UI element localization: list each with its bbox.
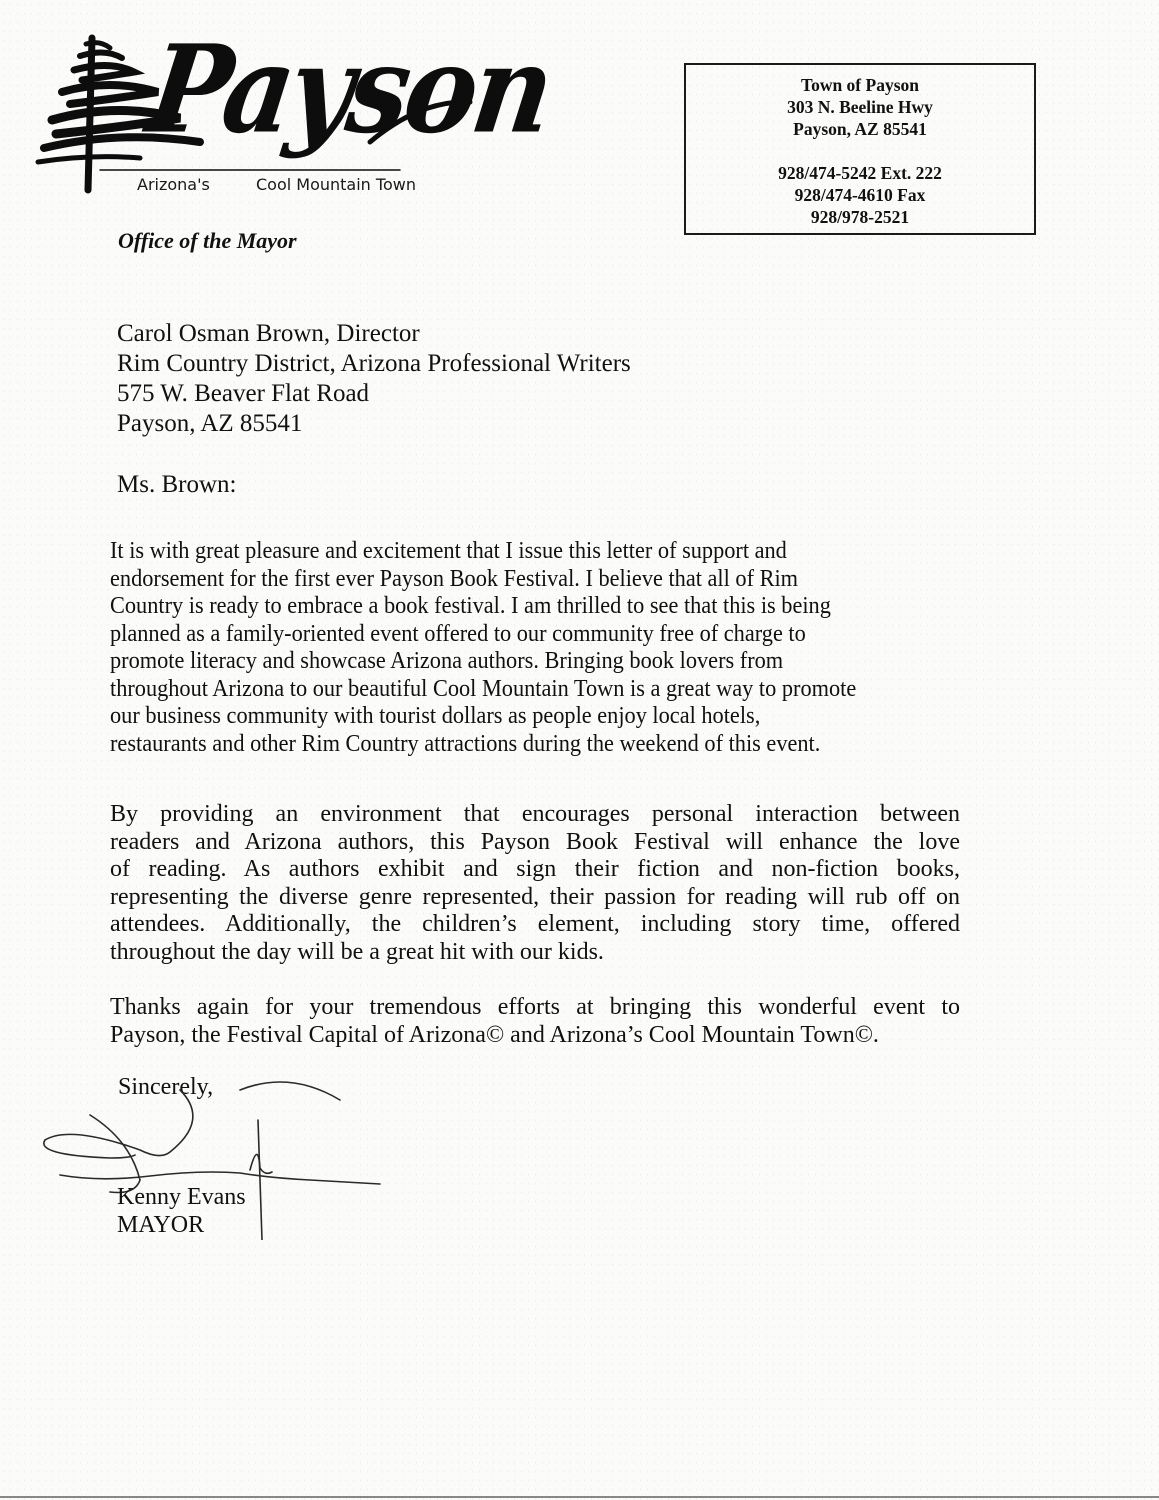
- paragraph-line: restaurants and other Rim Country attrac…: [110, 731, 901, 759]
- page-bottom-edge: [0, 1496, 1159, 1498]
- recipient-name: Carol Osman Brown, Director: [117, 319, 631, 349]
- signer-title: MAYOR: [117, 1211, 246, 1239]
- address-box: Town of Payson 303 N. Beeline Hwy Payson…: [684, 63, 1036, 235]
- signer-block: Kenny Evans MAYOR: [117, 1183, 246, 1239]
- recipient-street: 575 W. Beaver Flat Road: [117, 379, 631, 409]
- paragraph-line: throughout the day will be a great hit w…: [110, 939, 960, 967]
- recipient-city: Payson, AZ 85541: [117, 409, 631, 439]
- paragraph-line: Country is ready to embrace a book festi…: [110, 593, 901, 621]
- phone-line: 928/474-5242 Ext. 222: [686, 162, 1034, 184]
- paragraph-line: readers and Arizona authors, this Payson…: [110, 829, 960, 857]
- body-paragraph-2: By providing an environment that encoura…: [110, 801, 960, 966]
- paragraph-line: Payson, the Festival Capital of Arizona©…: [110, 1022, 960, 1050]
- recipient-organization: Rim Country District, Arizona Profession…: [117, 349, 631, 379]
- salutation: Ms. Brown:: [117, 471, 236, 499]
- fax-line: 928/474-4610 Fax: [686, 184, 1034, 206]
- recipient-block: Carol Osman Brown, Director Rim Country …: [117, 319, 631, 439]
- logo-wordmark: Payson: [142, 30, 557, 151]
- office-title: Office of the Mayor: [118, 228, 297, 254]
- logo-tagline-left: Arizona's: [137, 175, 210, 194]
- logo-tagline-right: Cool Mountain Town: [256, 175, 416, 194]
- address-line: Town of Payson: [686, 74, 1034, 96]
- paragraph-line: of reading. As authors exhibit and sign …: [110, 856, 960, 884]
- paragraph-line: It is with great pleasure and excitement…: [110, 538, 901, 566]
- paragraph-line: promote literacy and showcase Arizona au…: [110, 648, 901, 676]
- phone-line: 928/978-2521: [686, 206, 1034, 228]
- paragraph-line: throughout Arizona to our beautiful Cool…: [110, 676, 901, 704]
- signer-name: Kenny Evans: [117, 1183, 246, 1211]
- address-line: Payson, AZ 85541: [686, 118, 1034, 140]
- address-line: 303 N. Beeline Hwy: [686, 96, 1034, 118]
- paragraph-line: Thanks again for your tremendous efforts…: [110, 994, 960, 1022]
- body-paragraph-3: Thanks again for your tremendous efforts…: [110, 994, 960, 1049]
- payson-logo: Payson Arizona's Cool Mountain Town: [30, 30, 480, 205]
- paragraph-line: representing the diverse genre represent…: [110, 884, 960, 912]
- body-paragraph-1: It is with great pleasure and excitement…: [110, 538, 901, 758]
- paragraph-line: our business community with tourist doll…: [110, 703, 901, 731]
- paragraph-line: By providing an environment that encoura…: [110, 801, 960, 829]
- paragraph-line: attendees. Additionally, the children’s …: [110, 911, 960, 939]
- paragraph-line: planned as a family-oriented event offer…: [110, 621, 901, 649]
- paragraph-line: endorsement for the first ever Payson Bo…: [110, 566, 901, 594]
